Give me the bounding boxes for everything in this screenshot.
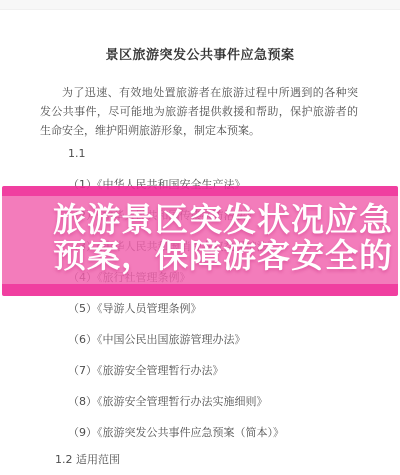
page-top-edge	[0, 0, 400, 10]
banner-top-border	[2, 186, 398, 196]
section-heading-1-1: 1.1	[68, 148, 400, 160]
banner-headline: 旅游景区突发状况应急 预案，保障游客安全的	[53, 202, 398, 274]
reference-item-6: （6）《中国公民出国旅游管理办法》	[68, 334, 400, 346]
reference-item-7: （7）《旅游安全管理暂行办法》	[68, 365, 400, 377]
intro-paragraph: 为了迅速、有效地处置旅游者在旅游过程中所遇到的各种突发公共事件，尽可能地为旅游者…	[40, 83, 358, 140]
banner-bottom-border	[2, 284, 398, 296]
banner-headline-line1: 旅游景区突发状况应急	[53, 202, 398, 238]
banner-headline-line2: 预案，保障游客安全的	[53, 238, 398, 274]
reference-item-5: （5）《导游人员管理条例》	[68, 303, 400, 315]
reference-item-8: （8）《旅游安全管理暂行办法实施细则》	[68, 396, 400, 408]
promo-banner: 旅游景区突发状况应急 预案，保障游客安全的	[2, 186, 398, 296]
section-heading-1-2: 1.2 适用范围	[55, 454, 400, 466]
document-title: 景区旅游突发公共事件应急预案	[0, 44, 400, 63]
document-page: 景区旅游突发公共事件应急预案 为了迅速、有效地处置旅游者在旅游过程中所遇到的各种…	[0, 0, 400, 475]
reference-item-9: （9）《旅游突发公共事件应急预案（简本）》	[68, 427, 400, 439]
